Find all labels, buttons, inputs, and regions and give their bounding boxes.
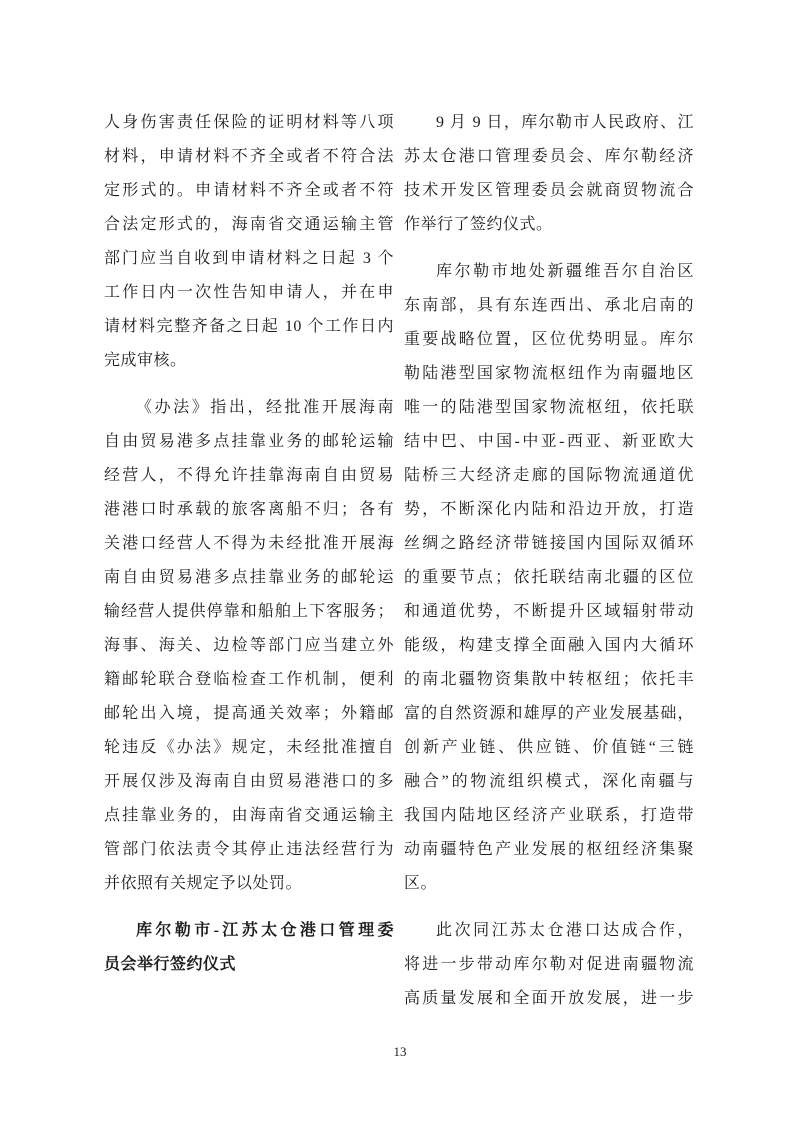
text-line: 请材料完整齐备之日起 10 个工作日内: [104, 310, 394, 344]
text-line: 丝绸之路经济带链接国内国际双循环: [404, 527, 694, 561]
text-line: 的南北疆物资集散中转枢纽；依托丰: [404, 663, 694, 697]
text-line: 关港口经营人不得为未经批准开展海: [104, 527, 394, 561]
text-line: 定形式的。申请材料不齐全或者不符: [104, 174, 394, 208]
text-line: 陆桥三大经济走廊的国际物流通道优: [404, 459, 694, 493]
section-heading-line: 库尔勒市-江苏太仓港口管理委: [104, 914, 394, 948]
text-line: 此次同江苏太仓港口达成合作，: [404, 914, 694, 948]
text-line: 勒陆港型国家物流枢纽作为南疆地区: [404, 357, 694, 391]
text-line: 富的自然资源和雄厚的产业发展基础，: [404, 697, 694, 731]
text-line: 并依照有关规定予以处罚。: [104, 867, 394, 901]
text-line: 点挂靠业务的，由海南省交通运输主: [104, 799, 394, 833]
text-line: 区。: [404, 867, 694, 901]
text-line: 开展仅涉及海南自由贸易港港口的多: [104, 765, 394, 799]
text-line: 输经营人提供停靠和船舶上下客服务；: [104, 595, 394, 629]
text-line: 苏太仓港口管理委员会、库尔勒经济: [404, 140, 694, 174]
text-line: 部门应当自收到申请材料之日起 3 个: [104, 242, 394, 276]
text-line: 轮违反《办法》规定，未经批准擅自: [104, 731, 394, 765]
text-line: 工作日内一次性告知申请人，并在申: [104, 276, 394, 310]
section-heading-line: 员会举行签约仪式: [104, 948, 394, 982]
text-line: 创新产业链、供应链、价值链“三链: [404, 731, 694, 765]
text-line: 高质量发展和全面开放发展，进一步: [404, 982, 694, 1016]
text-line: 技术开发区管理委员会就商贸物流合: [404, 174, 694, 208]
text-line: 港港口时承载的旅客离船不归；各有: [104, 493, 394, 527]
left-text-column: 人身伤害责任保险的证明材料等八项材料，申请材料不齐全或者不符合法定形式的。申请材…: [104, 106, 394, 982]
text-line: 作举行了签约仪式。: [404, 208, 694, 242]
text-line: 唯一的陆港型国家物流枢纽，依托联: [404, 391, 694, 425]
text-line: 合法定形式的，海南省交通运输主管: [104, 208, 394, 242]
text-line: 能级，构建支撑全面融入国内大循环: [404, 629, 694, 663]
text-line: 邮轮出入境，提高通关效率；外籍邮: [104, 697, 394, 731]
document-page: 人身伤害责任保险的证明材料等八项材料，申请材料不齐全或者不符合法定形式的。申请材…: [0, 0, 800, 1130]
text-line: 经营人，不得允许挂靠海南自由贸易: [104, 459, 394, 493]
text-line: 自由贸易港多点挂靠业务的邮轮运输: [104, 425, 394, 459]
text-line: 材料，申请材料不齐全或者不符合法: [104, 140, 394, 174]
text-line: 海事、海关、边检等部门应当建立外: [104, 629, 394, 663]
text-line: 融合”的物流组织模式，深化南疆与: [404, 765, 694, 799]
right-text-column: 9 月 9 日，库尔勒市人民政府、江苏太仓港口管理委员会、库尔勒经济技术开发区管…: [404, 106, 694, 1016]
text-line: 重要战略位置，区位优势明显。库尔: [404, 323, 694, 357]
text-line: 的重要节点；依托联结南北疆的区位: [404, 561, 694, 595]
text-line: 人身伤害责任保险的证明材料等八项: [104, 106, 394, 140]
text-line: 东南部，具有东连西出、承北启南的: [404, 289, 694, 323]
text-line: 完成审核。: [104, 344, 394, 378]
text-line: 结中巴、中国-中亚-西亚、新亚欧大: [404, 425, 694, 459]
text-line: 9 月 9 日，库尔勒市人民政府、江: [404, 106, 694, 140]
text-line: 动南疆特色产业发展的枢纽经济集聚: [404, 833, 694, 867]
text-line: 库尔勒市地处新疆维吾尔自治区: [404, 255, 694, 289]
text-line: 籍邮轮联合登临检查工作机制，便利: [104, 663, 394, 697]
text-line: 管部门依法责令其停止违法经营行为: [104, 833, 394, 867]
text-line: 势，不断深化内陆和沿边开放，打造: [404, 493, 694, 527]
text-line: 将进一步带动库尔勒对促进南疆物流: [404, 948, 694, 982]
text-line: 和通道优势，不断提升区域辐射带动: [404, 595, 694, 629]
text-line: 《办法》指出，经批准开展海南: [104, 391, 394, 425]
text-line: 我国内陆地区经济产业联系，打造带: [404, 799, 694, 833]
text-line: 南自由贸易港多点挂靠业务的邮轮运: [104, 561, 394, 595]
page-number: 13: [0, 1042, 800, 1062]
